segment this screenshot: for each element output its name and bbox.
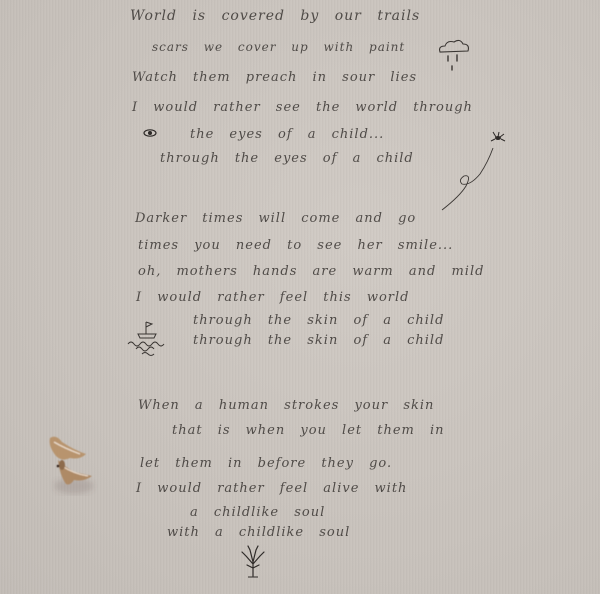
- lyric-line: times you need to see her smile...: [138, 238, 453, 253]
- lyric-line: I would rather see the world through: [132, 100, 473, 115]
- lyric-line: I would rather feel alive with: [136, 481, 407, 496]
- moth-photo: [40, 432, 100, 502]
- lyric-line: Watch them preach in sour lies: [132, 70, 417, 85]
- lyric-line: oh, mothers hands are warm and mild: [138, 264, 484, 279]
- lyric-line: Darker times will come and go: [135, 211, 416, 226]
- lyric-line: a childlike soul: [190, 505, 325, 520]
- lyric-line: When a human strokes your skin: [138, 398, 434, 413]
- rain-cloud-icon: [436, 38, 472, 78]
- lyric-line: the eyes of a child...: [190, 127, 384, 142]
- lyric-line: let them in before they go.: [140, 456, 392, 471]
- tree-icon: [238, 544, 268, 578]
- lyric-line: through the skin of a child: [193, 313, 444, 328]
- boat-on-waves-icon: [126, 320, 170, 358]
- eye-icon: [143, 129, 157, 137]
- lyric-line: through the skin of a child: [193, 333, 444, 348]
- lyric-line: World is covered by our trails: [130, 8, 420, 24]
- fly-with-trail-icon: [440, 124, 510, 214]
- lyric-line: that is when you let them in: [172, 423, 445, 438]
- lyric-line: with a childlike soul: [167, 525, 350, 540]
- lyric-line: through the eyes of a child: [160, 151, 414, 166]
- lyric-line: I would rather feel this world: [136, 290, 410, 305]
- lyric-line: scars we cover up with paint: [152, 40, 405, 54]
